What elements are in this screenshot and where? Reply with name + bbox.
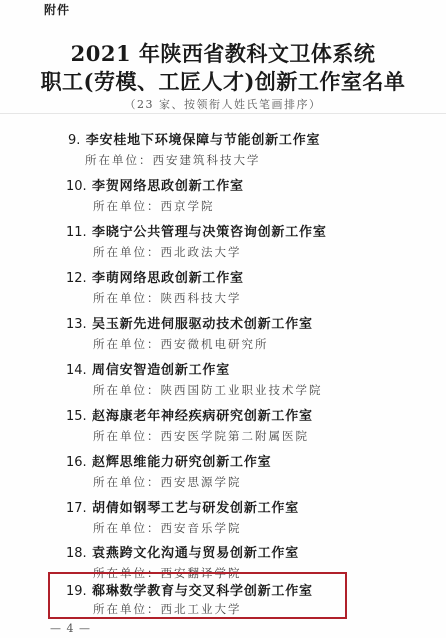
highlight-box — [48, 572, 347, 619]
list-item: 11. 李晓宁公共管理与决策咨询创新工作室 所在单位：西北政法大学 — [0, 221, 446, 267]
entry-affiliation: 所在单位：西北政法大学 — [93, 244, 242, 260]
entry-affiliation: 所在单位：西安音乐学院 — [93, 520, 242, 536]
document-title-line-2: 职工(劳模、工匠人才)创新工作室名单 — [0, 66, 446, 96]
entry-name: 李安桂地下环境保障与节能创新工作室 — [86, 133, 321, 148]
list-item: 17. 胡倩如钢琴工艺与研发创新工作室 所在单位：西安音乐学院 — [0, 497, 446, 543]
entry-heading: 16. 赵辉思维能力研究创新工作室 — [66, 451, 271, 470]
document-title-line-1: 2021 年陕西省教科文卫体系统 — [0, 38, 446, 68]
entry-number: 12. — [66, 271, 87, 286]
list-item: 10. 李贺网络思政创新工作室 所在单位：西京学院 — [0, 175, 446, 221]
entry-name: 李萌网络思政创新工作室 — [92, 271, 244, 286]
entry-affiliation: 所在单位：西京学院 — [93, 198, 215, 214]
entry-heading: 15. 赵海康老年神经疾病研究创新工作室 — [66, 405, 313, 424]
entry-affiliation: 所在单位：陕西科技大学 — [93, 290, 242, 306]
entry-number: 10. — [66, 179, 87, 194]
list-item: 12. 李萌网络思政创新工作室 所在单位：陕西科技大学 — [0, 267, 446, 313]
entry-heading: 11. 李晓宁公共管理与决策咨询创新工作室 — [66, 221, 327, 240]
list-item: 9. 李安桂地下环境保障与节能创新工作室 所在单位：西安建筑科技大学 — [0, 129, 446, 175]
entry-number: 16. — [66, 455, 87, 470]
entry-name: 赵海康老年神经疾病研究创新工作室 — [92, 409, 313, 424]
entry-name: 周信安智造创新工作室 — [92, 363, 230, 378]
entry-heading: 14. 周信安智造创新工作室 — [66, 359, 230, 378]
entry-affiliation: 所在单位：西安建筑科技大学 — [85, 152, 261, 168]
entry-number: 17. — [66, 501, 87, 516]
entry-number: 9. — [68, 133, 80, 148]
entry-affiliation: 所在单位：西安医学院第二附属医院 — [93, 428, 309, 444]
list-item: 13. 吴玉新先进伺服驱动技术创新工作室 所在单位：西安微机电研究所 — [0, 313, 446, 359]
page-number: — 4 — — [50, 622, 91, 635]
document-subtitle: （23 家、按领衔人姓氏笔画排序） — [0, 96, 446, 112]
entry-number: 14. — [66, 363, 87, 378]
entry-heading: 17. 胡倩如钢琴工艺与研发创新工作室 — [66, 497, 299, 516]
entry-heading: 18. 袁燕跨文化沟通与贸易创新工作室 — [66, 542, 299, 561]
entry-heading: 10. 李贺网络思政创新工作室 — [66, 175, 244, 194]
list-item: 16. 赵辉思维能力研究创新工作室 所在单位：西安思源学院 — [0, 451, 446, 497]
entry-heading: 9. 李安桂地下环境保障与节能创新工作室 — [68, 129, 320, 148]
entry-name: 赵辉思维能力研究创新工作室 — [92, 455, 271, 470]
entry-affiliation: 所在单位：陕西国防工业职业技术学院 — [93, 382, 323, 398]
list-item: 14. 周信安智造创新工作室 所在单位：陕西国防工业职业技术学院 — [0, 359, 446, 405]
entry-number: 11. — [66, 225, 87, 240]
entry-name: 袁燕跨文化沟通与贸易创新工作室 — [92, 546, 299, 561]
entry-heading: 13. 吴玉新先进伺服驱动技术创新工作室 — [66, 313, 313, 332]
entry-name: 胡倩如钢琴工艺与研发创新工作室 — [92, 501, 299, 516]
list-item: 15. 赵海康老年神经疾病研究创新工作室 所在单位：西安医学院第二附属医院 — [0, 405, 446, 451]
separator-line — [0, 113, 446, 114]
entry-name: 李晓宁公共管理与决策咨询创新工作室 — [92, 225, 327, 240]
entry-number: 13. — [66, 317, 87, 332]
entry-affiliation: 所在单位：西安思源学院 — [93, 474, 242, 490]
entry-heading: 12. 李萌网络思政创新工作室 — [66, 267, 244, 286]
entry-name: 吴玉新先进伺服驱动技术创新工作室 — [92, 317, 313, 332]
entry-name: 李贺网络思政创新工作室 — [92, 179, 244, 194]
entry-number: 15. — [66, 409, 87, 424]
entry-number: 18. — [66, 546, 87, 561]
entry-affiliation: 所在单位：西安微机电研究所 — [93, 336, 269, 352]
attachment-label: 附件 — [44, 1, 70, 18]
